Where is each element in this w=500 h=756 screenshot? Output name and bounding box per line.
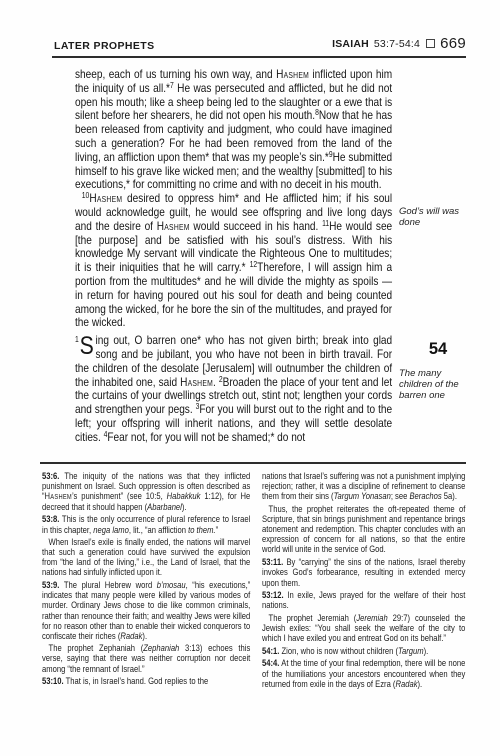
book-page: LATER PROPHETS ISAIAH 53:7-54:4 669 shee… xyxy=(0,0,500,756)
commentary-note-53-12-cont: The prophet Jeremiah (Jeremiah 29:7) cou… xyxy=(262,613,465,644)
margin-note-gods-will: God’s will was done xyxy=(399,206,459,228)
header-rule xyxy=(52,56,466,58)
section-title: LATER PROPHETS xyxy=(54,40,155,52)
header-right-group: ISAIAH 53:7-54:4 669 xyxy=(332,35,466,52)
commentary-note-54-4: 54:4. At the time of your final redempti… xyxy=(262,658,465,689)
commentary-note-53-10-cont-2: Thus, the prophet reiterates the oft-rep… xyxy=(262,504,465,555)
commentary-note-53-12: 53:12. In exile, Jews prayed for the wel… xyxy=(262,590,465,610)
verse-range: 53:7-54:4 xyxy=(374,38,420,50)
commentary-column-left: 53:6. The iniquity of the nations was th… xyxy=(42,471,250,689)
commentary-column-right: nations that Israel’s suffering was not … xyxy=(262,471,465,692)
verse-paragraph-54-1-4: 1Sing out, O barren one* who has not giv… xyxy=(75,334,392,444)
margin-note-barren: The many children of the barren one xyxy=(399,368,459,401)
verse-paragraph-53-7-9: sheep, each of us turning his own way, a… xyxy=(75,68,392,192)
commentary-divider-rule xyxy=(40,462,466,464)
page-header: LATER PROPHETS ISAIAH 53:7-54:4 669 xyxy=(54,35,466,52)
commentary-note-53-9: 53:9. The plural Hebrew word b’mosau, “h… xyxy=(42,580,250,641)
commentary-note-53-11: 53:11. By “carrying” the sins of the nat… xyxy=(262,557,465,588)
open-square-icon xyxy=(426,39,435,48)
page-number: 669 xyxy=(440,35,466,52)
book-title: ISAIAH xyxy=(332,38,369,50)
commentary-note-53-10-cont: nations that Israel’s suffering was not … xyxy=(262,471,465,502)
commentary-note-53-8: 53:8. This is the only occurrence of plu… xyxy=(42,514,250,534)
verse-paragraph-53-10-12: 10Hashem desired to oppress him* and He … xyxy=(75,192,392,330)
chapter-number: 54 xyxy=(412,340,464,359)
commentary-note-53-10: 53:10. That is, in Israel’s hand. God re… xyxy=(42,676,250,686)
commentary-note-54-1: 54:1. Zion, who is now without children … xyxy=(262,646,465,656)
commentary-note-53-9-cont: The prophet Zephaniah (Zephaniah 3:13) e… xyxy=(42,643,250,674)
commentary-note-53-6: 53:6. The iniquity of the nations was th… xyxy=(42,471,250,512)
commentary-note-53-8-cont: When Israel’s exile is finally ended, th… xyxy=(42,537,250,578)
verse-text-block: sheep, each of us turning his own way, a… xyxy=(75,68,392,464)
